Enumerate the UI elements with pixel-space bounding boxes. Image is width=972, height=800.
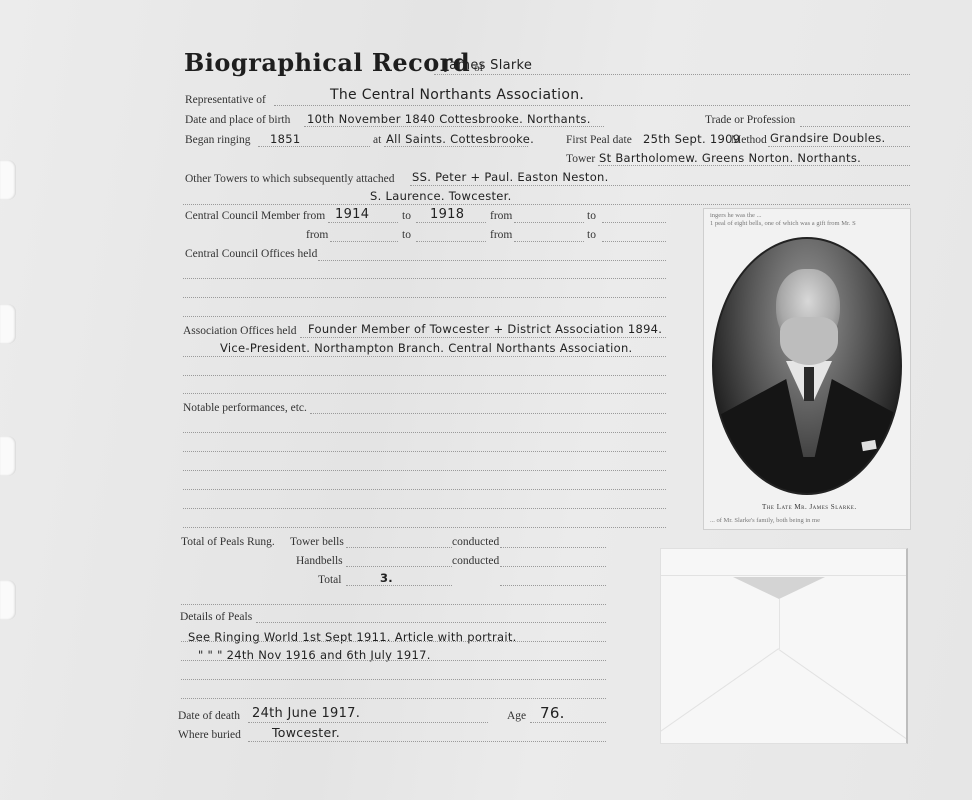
cc-member-label: Central Council Member from [185,210,325,222]
to-label: to [402,229,411,241]
clipping-bottom-text: ... of Mr. Slarke's family, both being i… [710,517,820,524]
first-peal-label: First Peal date [566,134,632,146]
assoc-offices-value-1: Founder Member of Towcester + District A… [308,322,662,336]
began-ringing-label: Began ringing [185,134,250,146]
assoc-offices-label: Association Offices held [183,325,296,337]
total-peals-label: Total of Peals Rung. [181,536,275,548]
newspaper-clipping: ingers he was the ... 1 peal of eight be… [703,208,911,530]
conducted-label: conducted [452,536,499,548]
representative-label: Representative of [185,94,266,106]
record-page: Biographical Record of James Slarke Repr… [0,0,972,800]
total-label: Total [318,574,341,586]
total-value: 3. [380,571,393,585]
document-title: Biographical Record [184,48,470,77]
method-value: Grandsire Doubles. [770,131,885,145]
envelope-flap [733,577,825,599]
from-label: from [490,210,512,222]
other-towers-value-1: SS. Peter + Paul. Easton Neston. [412,170,609,184]
to-label: to [587,229,596,241]
method-label: Method [731,134,767,146]
at-value: All Saints. Cottesbrooke. [386,132,534,146]
punch-hole [0,436,16,476]
handbells-label: Handbells [296,555,343,567]
buried-label: Where buried [178,729,241,741]
from-label: from [306,229,328,241]
first-peal-value: 25th Sept. 1909 [643,132,740,146]
person-name: James Slarke [445,58,532,73]
clipping-top-text: 1 peal of eight bells, one of which was … [710,220,856,227]
to-label: to [402,210,411,222]
envelope [660,548,908,744]
age-value: 76. [540,704,565,722]
death-value: 24th June 1917. [252,706,360,721]
assoc-offices-value-2: Vice-President. Northampton Branch. Cent… [220,341,633,355]
portrait-photo [712,237,902,495]
punch-hole [0,160,16,200]
details-label: Details of Peals [180,611,252,623]
at-label: at [373,134,381,146]
tower-value: St Bartholomew. Greens Norton. Northants… [599,151,861,165]
clipping-caption: The Late Mr. James Slarke. [762,503,857,511]
tower-bells-label: Tower bells [290,536,344,548]
tower-label: Tower [566,153,595,165]
to-label: to [587,210,596,222]
birth-label: Date and place of birth [185,114,290,126]
punch-hole [0,304,16,344]
cc-from-1: 1914 [335,207,369,222]
birth-value: 10th November 1840 Cottesbrooke. Northan… [307,112,591,126]
cc-to-1: 1918 [430,207,464,222]
document-title-row: Biographical Record of [184,48,483,77]
began-ringing-value: 1851 [270,132,300,146]
clipping-top-text: ingers he was the ... [710,212,761,219]
notable-label: Notable performances, etc. [183,402,307,414]
conducted-label: conducted [452,555,499,567]
cc-offices-label: Central Council Offices held [185,248,317,260]
other-towers-value-2: S. Laurence. Towcester. [370,189,512,203]
punch-hole [0,580,16,620]
buried-value: Towcester. [272,725,340,740]
trade-label: Trade or Profession [705,114,795,126]
representative-value: The Central Northants Association. [330,87,584,103]
from-label: from [490,229,512,241]
death-label: Date of death [178,710,240,722]
age-label: Age [507,710,526,722]
other-towers-label: Other Towers to which subsequently attac… [185,173,394,185]
